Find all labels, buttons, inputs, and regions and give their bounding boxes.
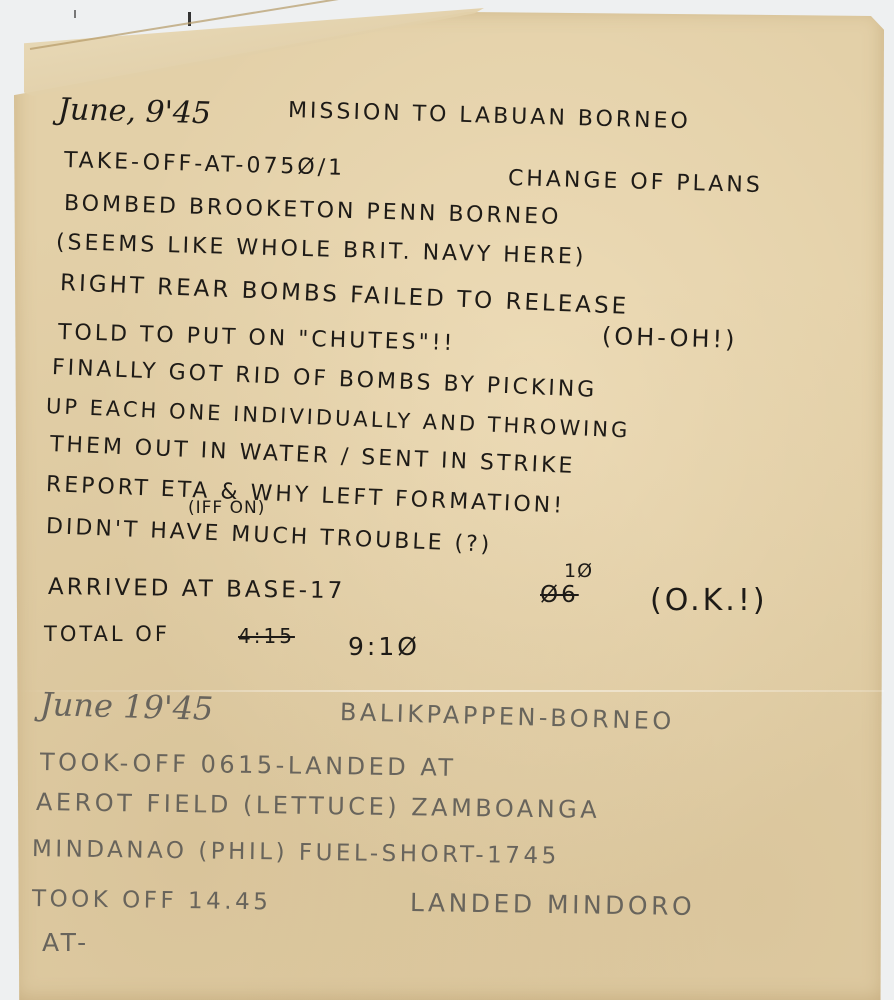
entry-text-line: (OH-OH!) [602,324,738,352]
entry-date: June, 9'45 [58,95,212,129]
corrected-total: 9:1Ø [348,634,420,659]
entry-text-line: TOOK-OFF 0615-LANDED AT [40,750,457,780]
entry-text-line: LANDED MINDORO [410,890,695,919]
inserted-note: (IFF ON) [188,500,265,517]
entry-text-line: TOTAL OF [44,624,170,645]
entry-text-line: (O.K.!) [650,586,768,616]
crossed-out-total: 4:15 [238,626,295,646]
pin-mark [74,10,76,18]
crossed-out-time: Ø6 [540,584,579,607]
entry-text-line: TOOK OFF 14.45 [32,888,272,914]
entry-text-line: ARRIVED AT BASE-17 [48,576,346,603]
corrected-time: 1Ø [564,562,593,581]
entry-date: June 19'45 [40,688,214,725]
entry-text-line: AEROT FIELD (LETTUCE) ZAMBOANGA [36,790,600,822]
entry-text-line: AT- [42,930,90,955]
